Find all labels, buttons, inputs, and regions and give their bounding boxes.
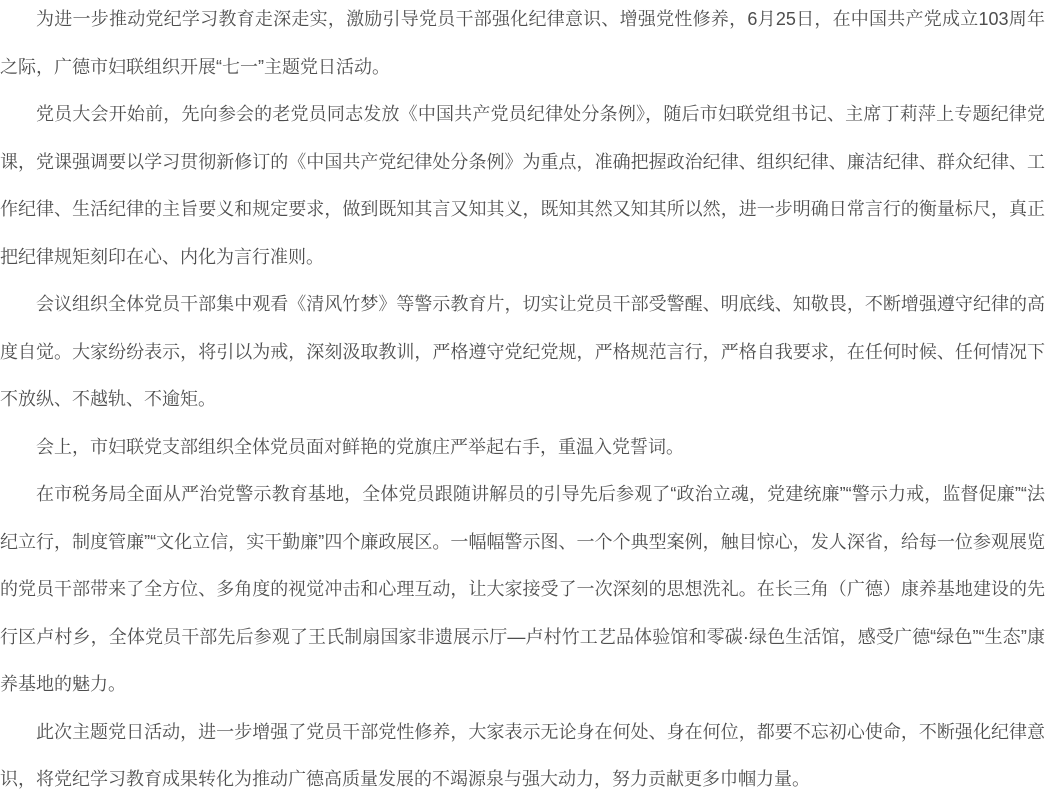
article-body: 为进一步推动党纪学习教育走深走实，激励引导党员干部强化纪律意识、增强党性修养，6… xyxy=(0,0,1058,803)
article-paragraph-intro: 为进一步推动党纪学习教育走深走实，激励引导党员干部强化纪律意识、增强党性修养，6… xyxy=(0,0,1045,91)
article-paragraph-lecture: 党员大会开始前，先向参会的老党员同志发放《中国共产党员纪律处分条例》，随后市妇联… xyxy=(0,91,1045,281)
article-paragraph-visit: 在市税务局全面从严治党警示教育基地，全体党员跟随讲解员的引导先后参观了“政治立魂… xyxy=(0,471,1045,709)
article-paragraph-conclusion: 此次主题党日活动，进一步增强了党员干部党性修养，大家表示无论身在何处、身在何位，… xyxy=(0,709,1045,803)
article-paragraph-film: 会议组织全体党员干部集中观看《清风竹梦》等警示教育片，切实让党员干部受警醒、明底… xyxy=(0,281,1045,424)
article-paragraph-oath: 会上，市妇联党支部组织全体党员面对鲜艳的党旗庄严举起右手，重温入党誓词。 xyxy=(0,424,1045,472)
